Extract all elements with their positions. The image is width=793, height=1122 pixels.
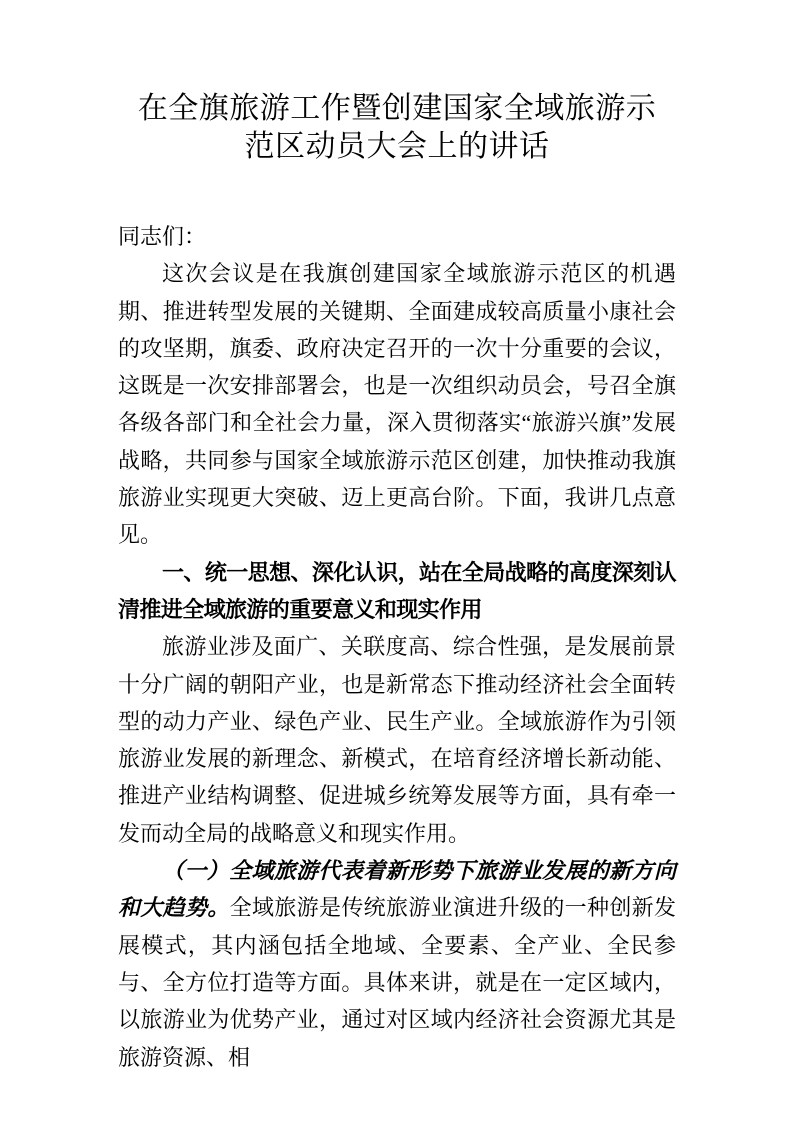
document-title: 在全旗旅游工作暨创建国家全域旅游示 范区动员大会上的讲话: [118, 90, 676, 166]
section-heading-1: 一、统一思想、深化认识，站在全局战略的高度深刻认清推进全域旅游的重要意义和现实作…: [118, 554, 676, 629]
subpoint-1-body: 全域旅游是传统旅游业演进升级的一种创新发展模式，其内涵包括全地域、全要素、全产业…: [118, 895, 676, 1069]
document-page: 在全旗旅游工作暨创建国家全域旅游示 范区动员大会上的讲话 同志们： 这次会议是在…: [0, 0, 793, 1122]
paragraph-significance: 旅游业涉及面广、关联度高、综合性强，是发展前景十分广阔的朝阳产业，也是新常态下推…: [118, 628, 676, 852]
paragraph-subpoint-1: （一）全域旅游代表着新形势下旅游业发展的新方向和大趋势。全域旅游是传统旅游业演进…: [118, 852, 676, 1076]
title-line-2: 范区动员大会上的讲话: [118, 128, 676, 166]
paragraph-opening: 这次会议是在我旗创建国家全域旅游示范区的机遇期、推进转型发展的关键期、全面建成较…: [118, 255, 676, 553]
title-line-1: 在全旗旅游工作暨创建国家全域旅游示: [118, 90, 676, 128]
salutation: 同志们：: [118, 218, 676, 255]
document-content: 在全旗旅游工作暨创建国家全域旅游示 范区动员大会上的讲话 同志们： 这次会议是在…: [118, 90, 676, 1076]
